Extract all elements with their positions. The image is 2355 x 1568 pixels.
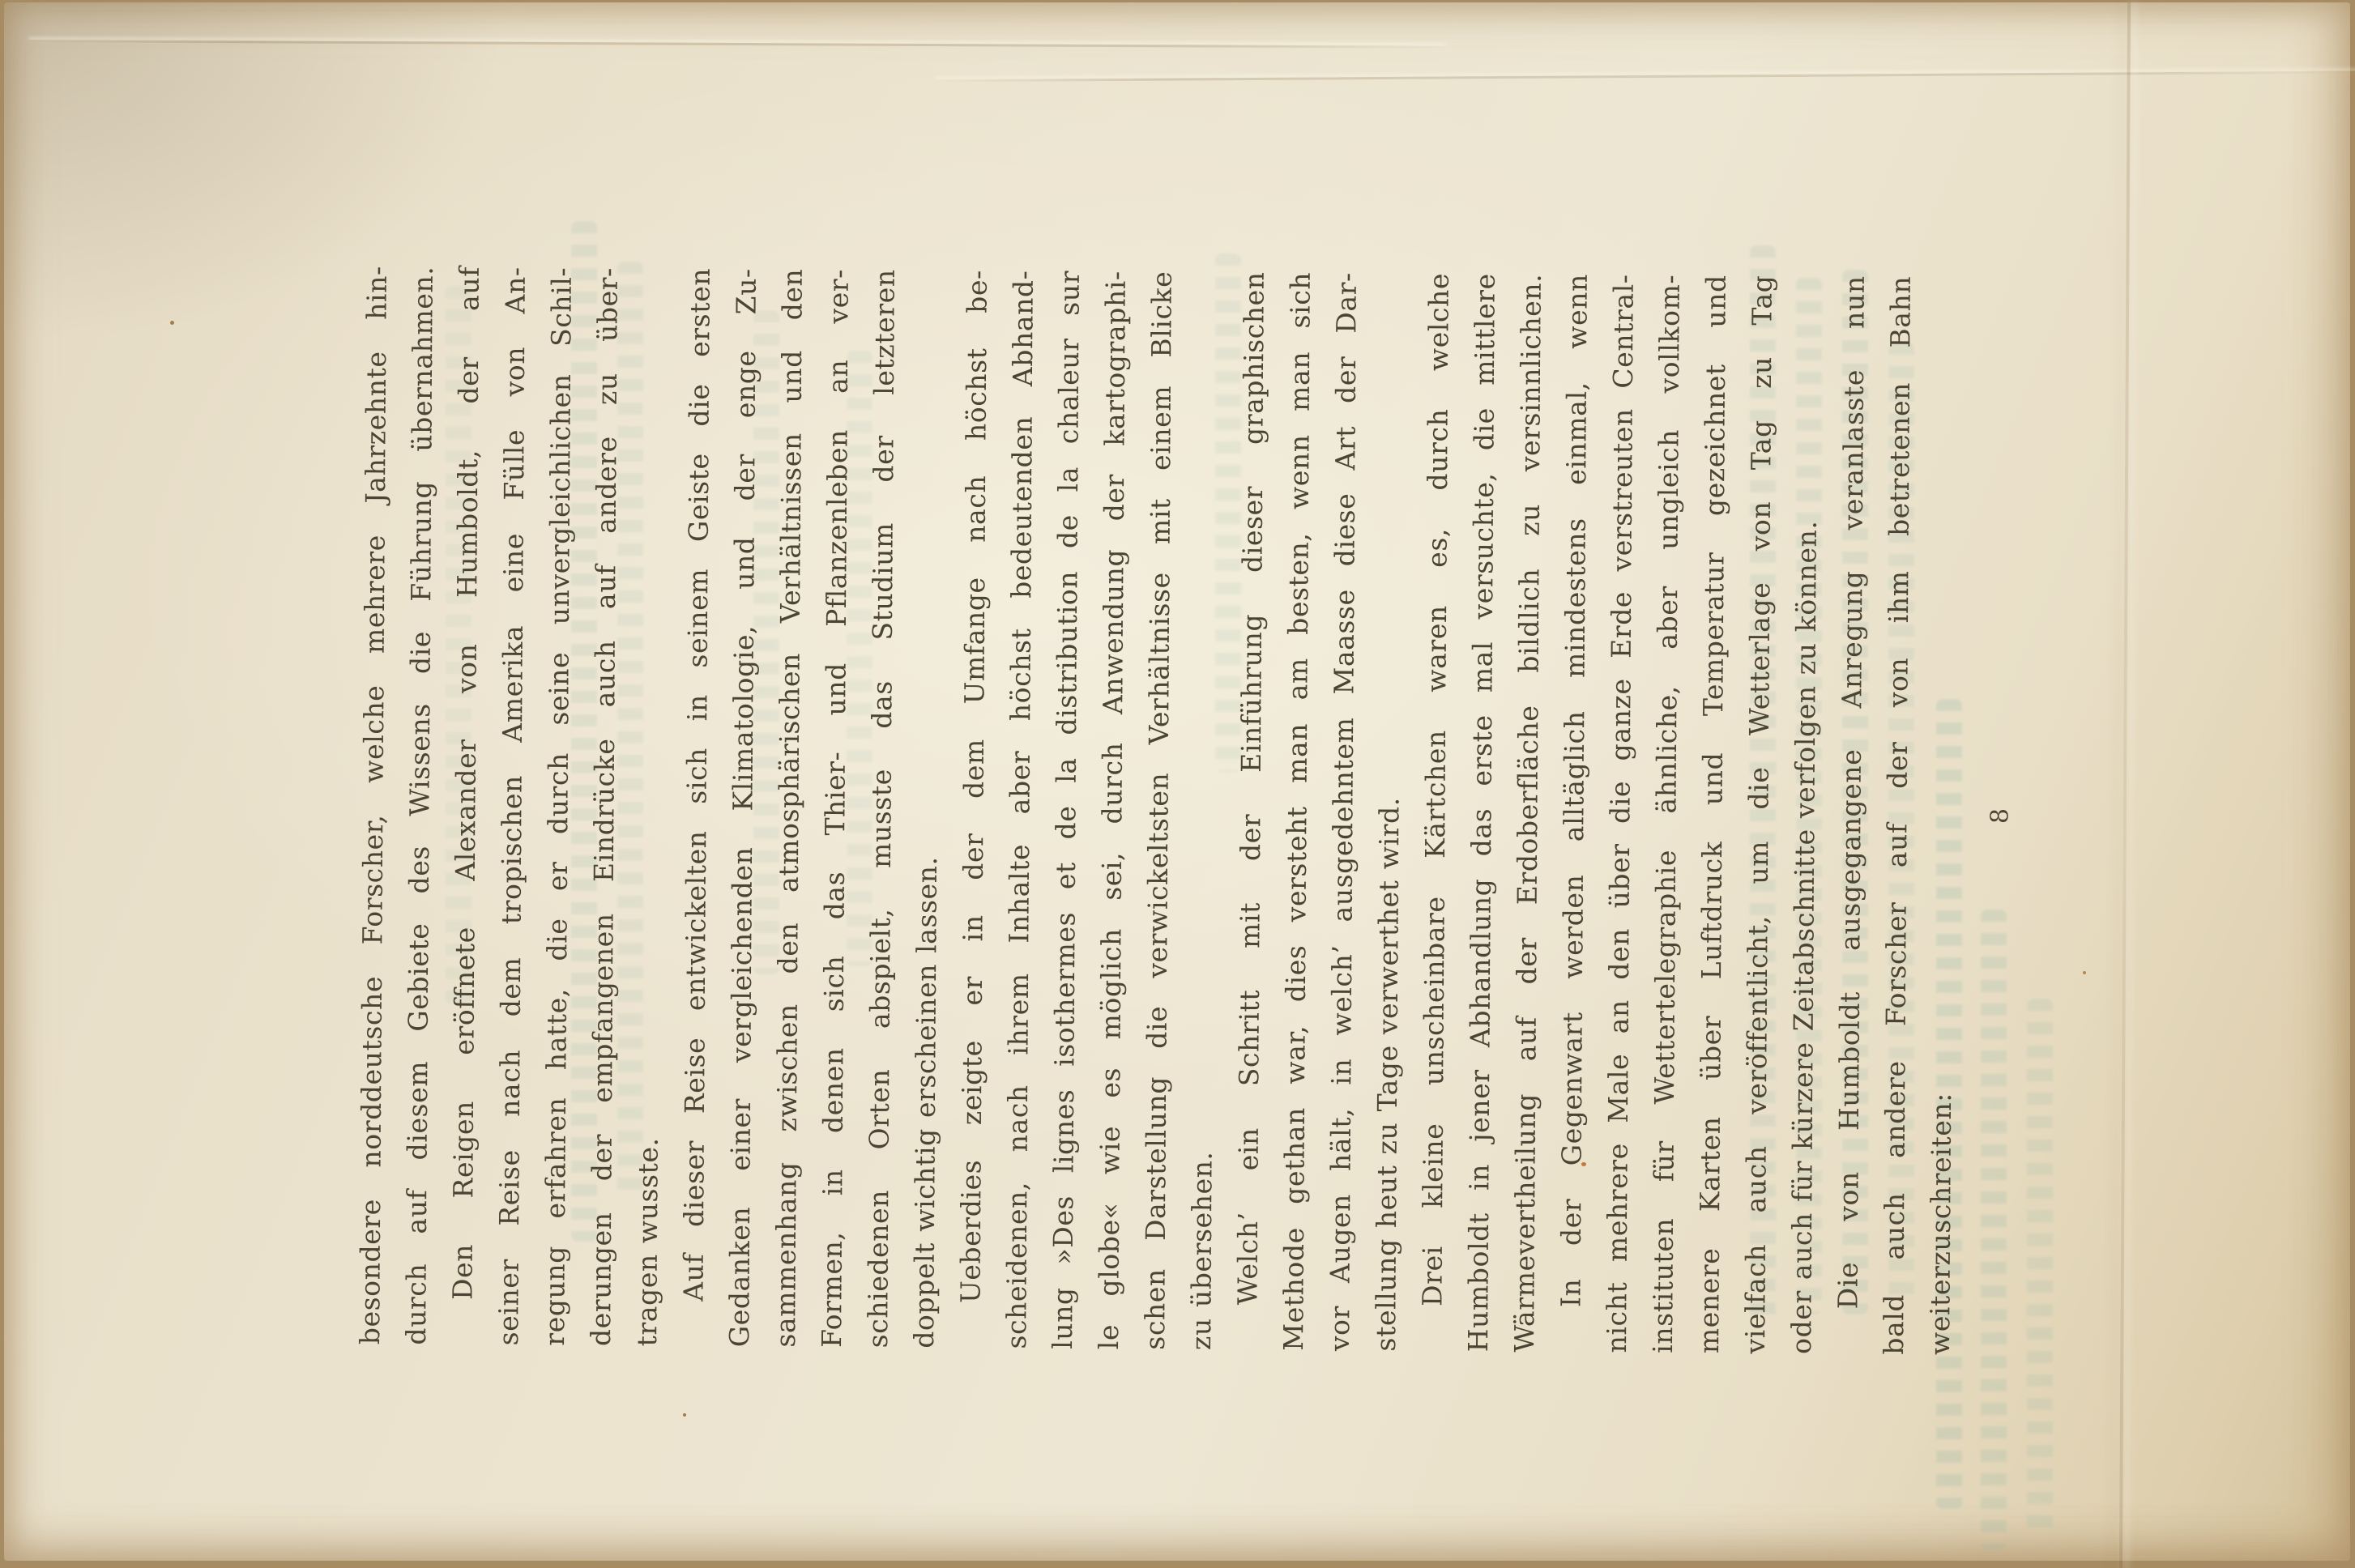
page-text-block: besondere norddeutsche Forscher, welche … [347, 266, 2047, 1356]
paper-speck [170, 321, 174, 325]
text-line: tragen wusste. [624, 267, 677, 1346]
text-line: scheidenen, nach ihrem Inhalte aber höch… [993, 270, 1047, 1349]
scanned-book-page: besondere norddeutsche Forscher, welche … [0, 0, 2355, 1568]
text-line: oder auch für kürzere Zeitabschnitte ver… [1778, 275, 1832, 1354]
text-line: stellung heut zu Tage verwerthet wird. [1363, 272, 1416, 1351]
paper-speck [2083, 971, 2086, 974]
text-line: schiedenen Orten abspielt, musste das St… [855, 269, 908, 1348]
text-line: durch auf diesem Gebiete des Wissens die… [393, 266, 446, 1344]
page-number: 8 [1979, 276, 2022, 1355]
text-line: menere Karten über Luftdruck und Tempera… [1686, 275, 1739, 1353]
text-line: vor Augen hält, in welch’ ausgedehntem M… [1316, 272, 1370, 1351]
text-line: Die von Humboldt ausgegangene Anregung v… [1824, 275, 1878, 1354]
text-line: Drei kleine unscheinbare Kärtchen waren … [1409, 273, 1462, 1352]
text-line: zu übersehen. [1178, 271, 1231, 1350]
text-line: bald auch andere Forscher auf der von ih… [1871, 276, 1924, 1355]
text-line: seiner Reise nach dem tropischen Amerika… [485, 266, 539, 1345]
paper-sheet: besondere norddeutsche Forscher, welche … [4, 2, 2350, 1561]
text-line: nicht mehrere Male an den über die ganze… [1593, 274, 1647, 1353]
text-line: besondere norddeutsche Forscher, welche … [347, 266, 400, 1344]
text-line: Auf dieser Reise entwickelten sich in se… [670, 268, 723, 1347]
paper-speck [683, 1413, 686, 1417]
text-line: Ueberdies zeigte er in der dem Umfange n… [947, 270, 1000, 1349]
text-line: sammenhang zwischen den atmosphärischen … [762, 268, 816, 1347]
text-line: regung erfahren hatte, die er durch sein… [531, 267, 585, 1346]
text-line: Formen, in denen sich das Thier- und Pfl… [808, 269, 862, 1348]
text-line: In der Gegenwart werden alltäglich minde… [1547, 274, 1601, 1353]
text-line: Welch’ ein Schritt mit der Einführung di… [1224, 271, 1278, 1350]
text-line: Methode gethan war, dies versteht man am… [1270, 272, 1324, 1351]
text-line: Den Reigen eröffnete Alexander von Humbo… [439, 266, 493, 1345]
text-line: Wärmevertheilung auf der Erdoberfläche b… [1501, 273, 1555, 1352]
text-line: weiterzuschreiten: [1917, 276, 1970, 1355]
text-line: schen Darstellung die verwickeltsten Ver… [1132, 271, 1185, 1349]
text-line: derungen der empfangenen Eindrücke auch … [578, 267, 631, 1346]
text-line: instituten für Wettertelegraphie ähnlich… [1640, 275, 1693, 1353]
text-line: le globe« wie es möglich sei, durch Anwe… [1086, 271, 1139, 1349]
text-line: Gedanken einer vergleichenden Klimatolog… [716, 268, 770, 1347]
crease-line-vertical [2119, 2, 2131, 1568]
crease-line-top-right [936, 71, 2355, 83]
text-line: doppelt wichtig erscheinen lassen. [901, 270, 954, 1349]
text-line: lung »Des lignes isothermes et de la dis… [1039, 271, 1093, 1349]
text-line: Humboldt in jener Abhandlung das erste m… [1455, 273, 1508, 1352]
text-line: vielfach auch veröffentlicht, um die Wet… [1732, 275, 1785, 1353]
